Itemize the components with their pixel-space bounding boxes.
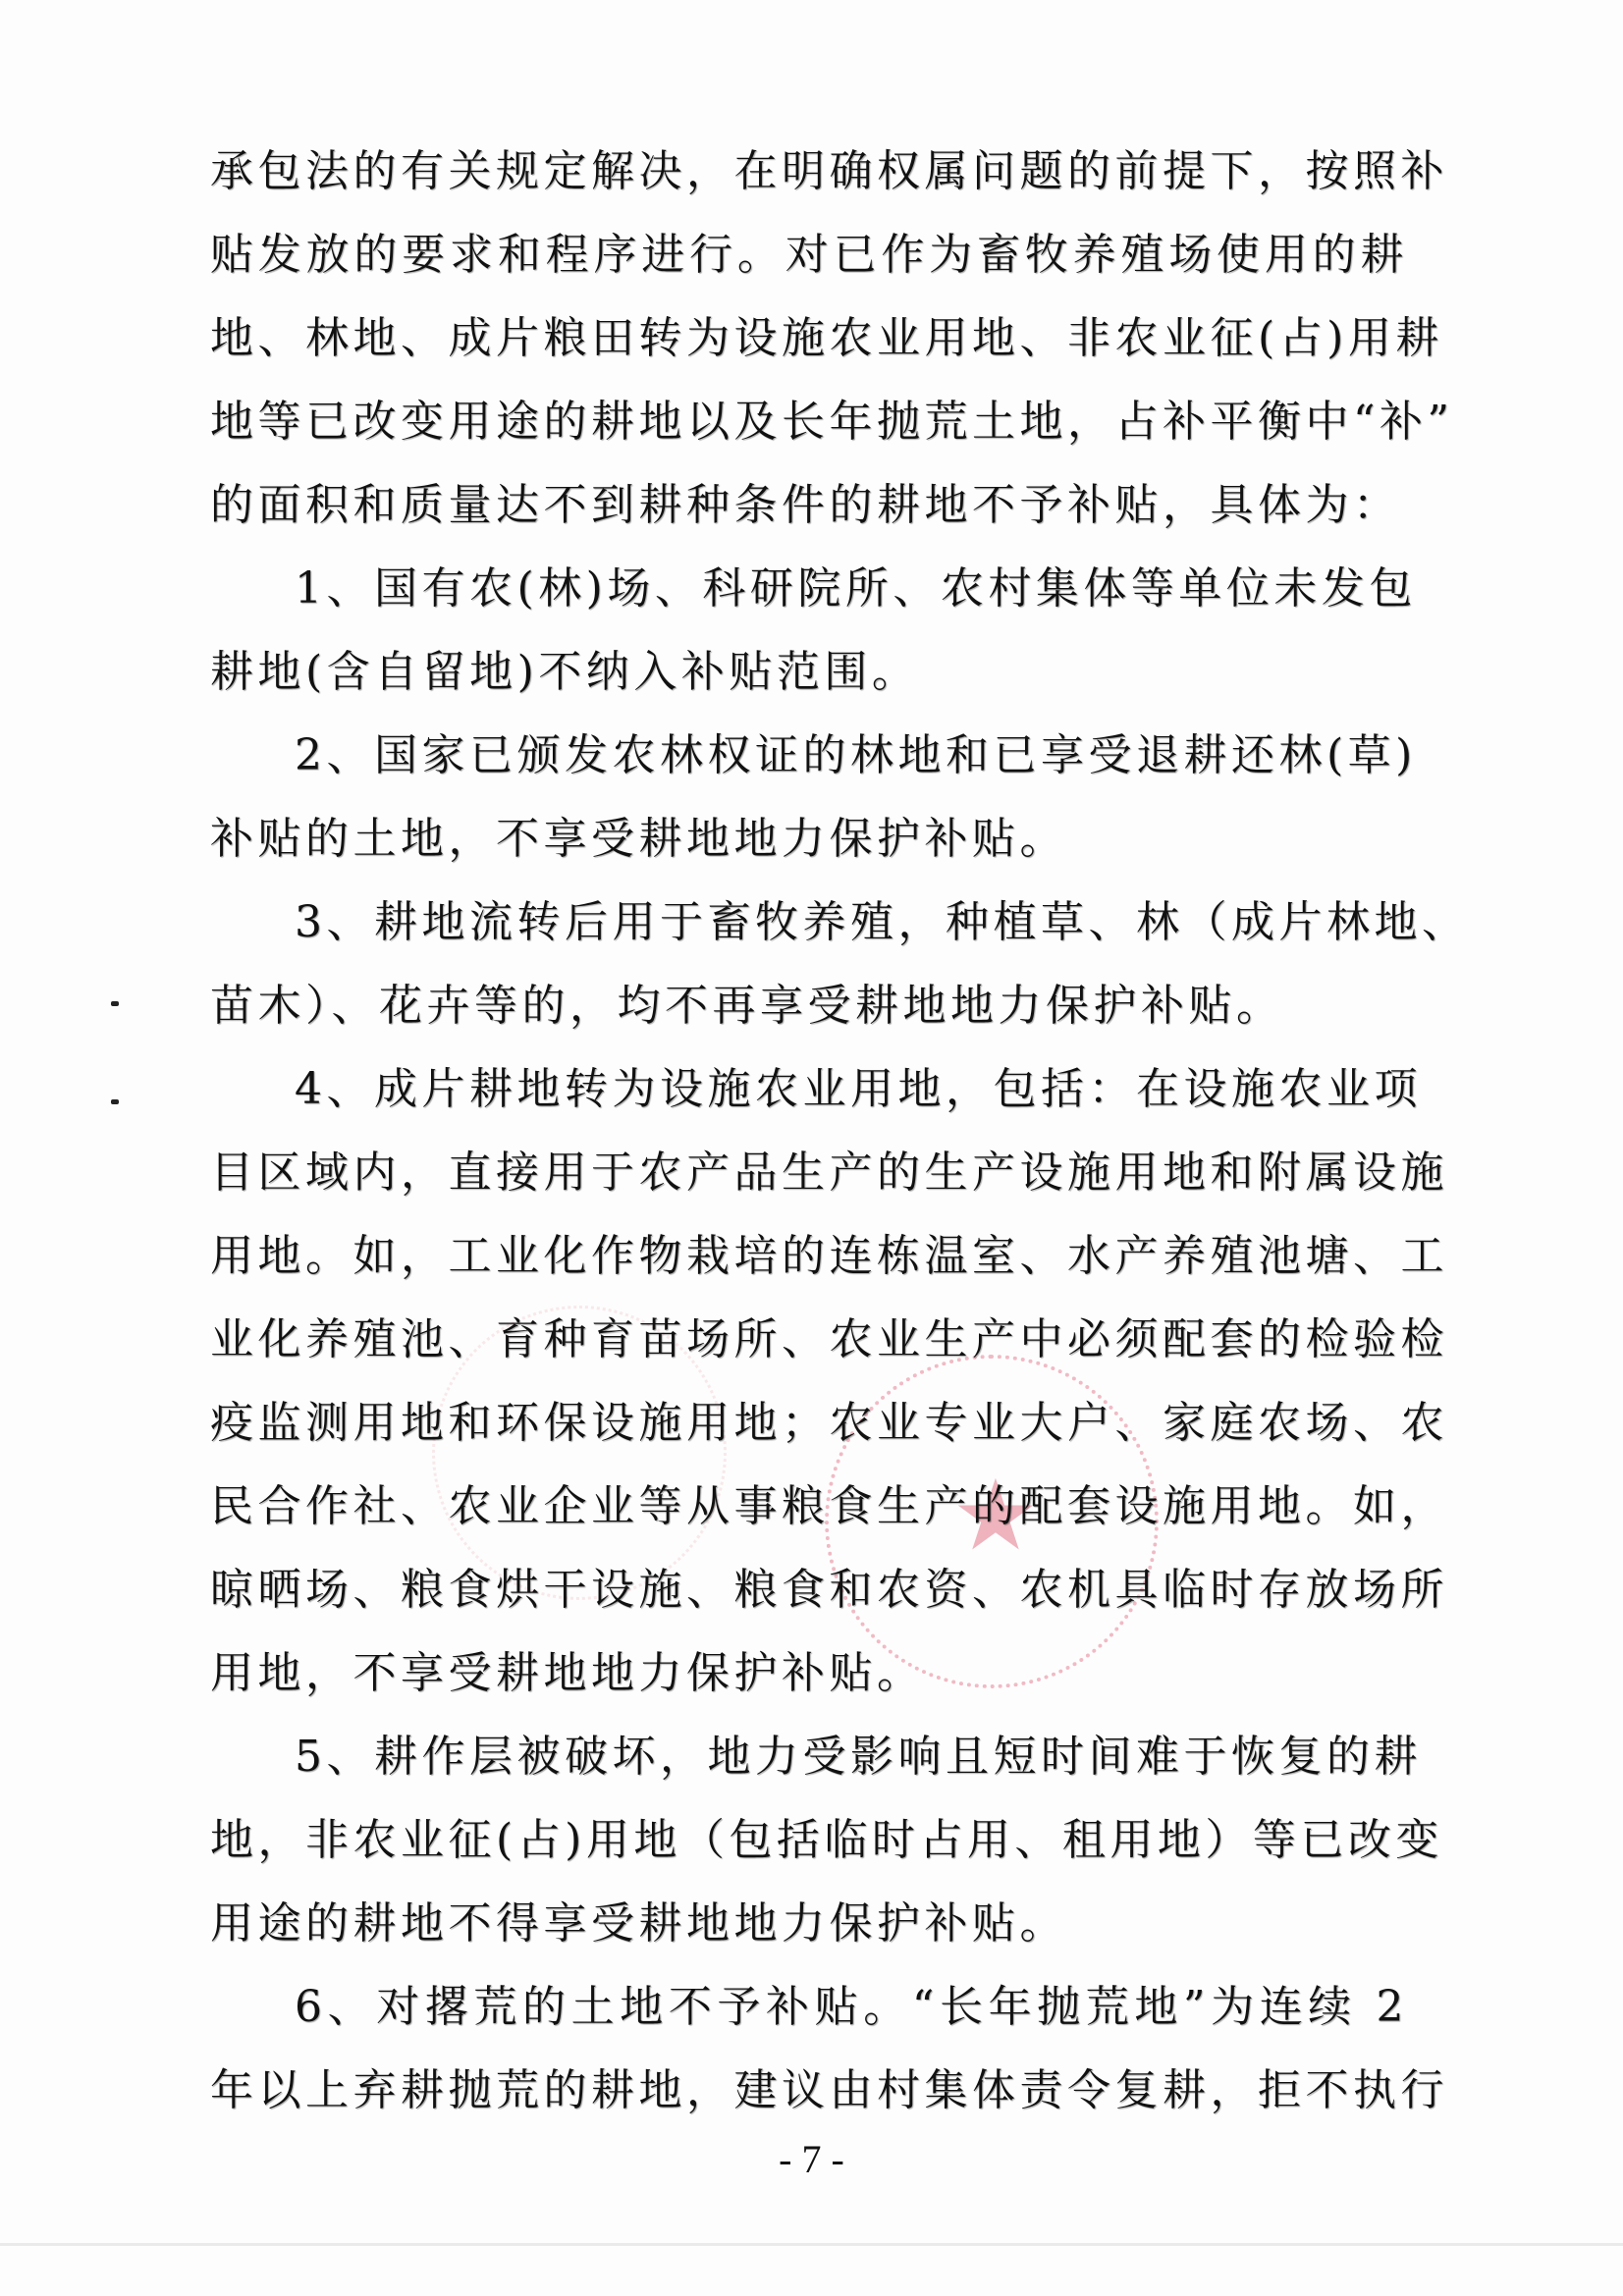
document-page: ★ 承包法的有关规定解决，在明确权属问题的前提下，按照补 贴发放的要求和程序进行…	[0, 0, 1623, 2296]
page-number: - 7 -	[0, 2135, 1623, 2184]
list-item-1-line: 耕地(含自留地)不纳入补贴范围。	[210, 643, 1408, 702]
margin-mark	[111, 1001, 119, 1006]
list-item-4-line: 业化养殖池、育种育苗场所、农业生产中必须配套的检验检	[210, 1310, 1408, 1369]
list-item-6-line: 年以上弃耕抛荒的耕地，建议由村集体责令复耕，拒不执行	[210, 2061, 1408, 2120]
list-item-2-line: 2、国家已颁发农林权证的林地和已享受退耕还林(草)	[295, 726, 1408, 785]
paragraph-line: 贴发放的要求和程序进行。对已作为畜牧养殖场使用的耕	[210, 226, 1408, 285]
list-item-4-line: 4、成片耕地转为设施农业用地，包括：在设施农业项	[295, 1060, 1408, 1119]
paragraph-line: 承包法的有关规定解决，在明确权属问题的前提下，按照补	[210, 142, 1408, 201]
list-item-4-line: 晾晒场、粮食烘干设施、粮食和农资、农机具临时存放场所	[210, 1561, 1408, 1620]
list-item-4-line: 用地，不享受耕地地力保护补贴。	[210, 1644, 1408, 1703]
scan-artifact-line	[0, 2243, 1623, 2246]
paragraph-line: 地、林地、成片粮田转为设施农业用地、非农业征(占)用耕	[210, 309, 1408, 368]
list-item-4-line: 疫监测用地和环保设施用地；农业专业大户、家庭农场、农	[210, 1394, 1408, 1453]
list-item-5-line: 5、耕作层被破坏，地力受影响且短时间难于恢复的耕	[295, 1728, 1408, 1787]
margin-mark	[111, 1099, 119, 1104]
list-item-4-line: 用地。如，工业化作物栽培的连栋温室、水产养殖池塘、工	[210, 1227, 1408, 1286]
paragraph-line: 的面积和质量达不到耕种条件的耕地不予补贴，具体为：	[210, 476, 1408, 535]
list-item-1-line: 1、国有农(林)场、科研院所、农村集体等单位未发包	[295, 560, 1408, 618]
list-item-3-line: 苗木）、花卉等的，均不再享受耕地地力保护补贴。	[210, 977, 1408, 1036]
list-item-6-line: 6、对撂荒的土地不予补贴。“长年抛荒地”为连续 2	[295, 1978, 1408, 2037]
list-item-2-line: 补贴的土地，不享受耕地地力保护补贴。	[210, 810, 1408, 869]
list-item-4-line: 民合作社、农业企业等从事粮食生产的配套设施用地。如，	[210, 1477, 1408, 1536]
list-item-3-line: 3、耕地流转后用于畜牧养殖，种植草、林（成片林地、	[295, 893, 1408, 952]
paragraph-line: 地等已改变用途的耕地以及长年抛荒土地，占补平衡中“补”	[210, 393, 1408, 452]
list-item-5-line: 用途的耕地不得享受耕地地力保护补贴。	[210, 1895, 1408, 1953]
list-item-4-line: 目区域内，直接用于农产品生产的生产设施用地和附属设施	[210, 1144, 1408, 1202]
list-item-5-line: 地，非农业征(占)用地（包括临时占用、租用地）等已改变	[210, 1811, 1408, 1870]
